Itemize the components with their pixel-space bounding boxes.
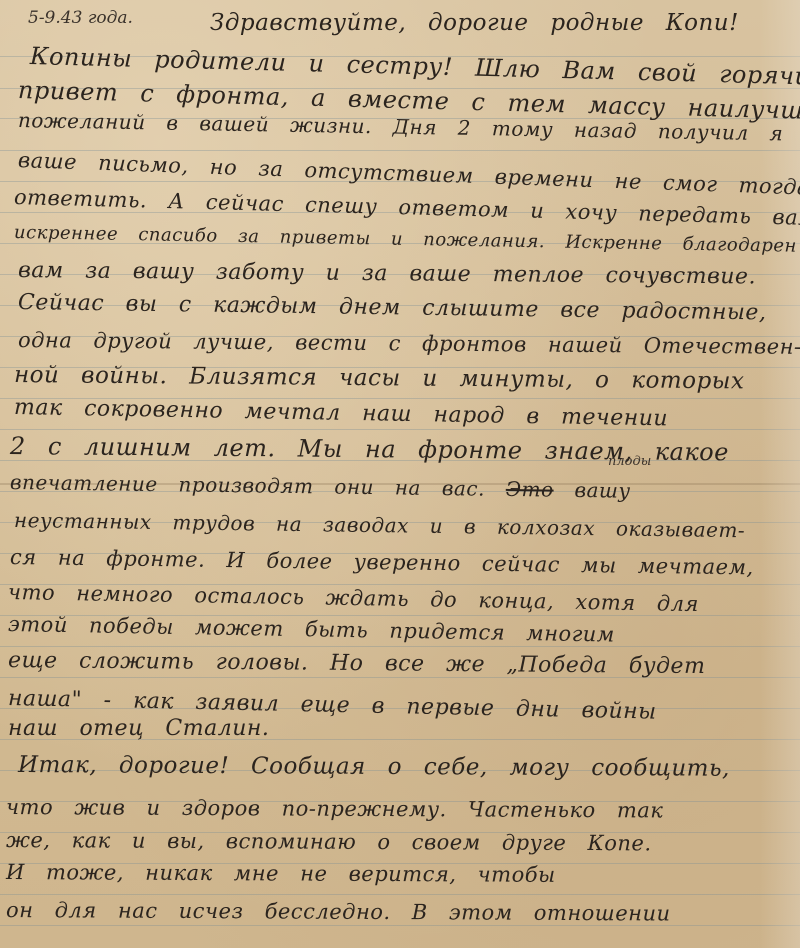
letter-line: Сейчас вы с каждым днем слышите все радо… (18, 290, 767, 325)
letter-line: что жив и здоров по-прежнему. Частенько … (6, 795, 663, 822)
letter-date: 5-9.43 года. (28, 8, 133, 28)
letter-line: Итак, дорогие! Сообщая о себе, могу сооб… (18, 752, 730, 782)
continued-word: вашу (574, 478, 630, 503)
letter-line: так сокровенно мечтал наш народ в течени… (14, 395, 668, 431)
inserted-word: плоды (608, 454, 651, 469)
letter-line: он для нас исчез бесследно. В этом отнош… (6, 898, 671, 925)
letter-page: 5-9.43 года. Здравствуйте, дорогие родны… (0, 0, 800, 948)
ruled-line (0, 894, 800, 895)
letter-line: И тоже, никак мне не верится, чтобы (6, 860, 556, 887)
ruled-line (0, 646, 800, 647)
letter-line: вам за вашу заботу и за ваше теплое сочу… (18, 258, 756, 289)
letter-line: искреннее спасибо за приветы и пожелания… (14, 222, 797, 257)
letter-line: ной войны. Близятся часы и минуты, о кот… (14, 362, 745, 394)
letter-line-text: впечатление производят они на вас. (10, 470, 485, 501)
letter-line: этой победы может быть придется многим (8, 612, 615, 647)
ruled-line (0, 925, 800, 926)
letter-line: что немного осталось ждать до конца, хот… (8, 580, 699, 616)
letter-greeting: Здравствуйте, дорогие родные Копи! (210, 10, 739, 36)
letter-line: наш отец Сталин. (8, 716, 269, 741)
struck-word: Это (506, 477, 554, 502)
letter-line: ся на фронте. И более уверенно сейчас мы… (10, 545, 754, 579)
letter-line: впечатление производят они на вас. Это в… (10, 470, 631, 503)
letter-line: еще сложить головы. Но все же „Победа бу… (8, 648, 706, 679)
letter-line: одна другой лучше, вести с фронтов нашей… (18, 328, 800, 359)
ruled-line (0, 429, 800, 430)
letter-line: неустанных трудов на заводах и в колхоза… (14, 508, 746, 542)
letter-line: же, как и вы, вспоминаю о своем друге Ко… (6, 828, 652, 855)
